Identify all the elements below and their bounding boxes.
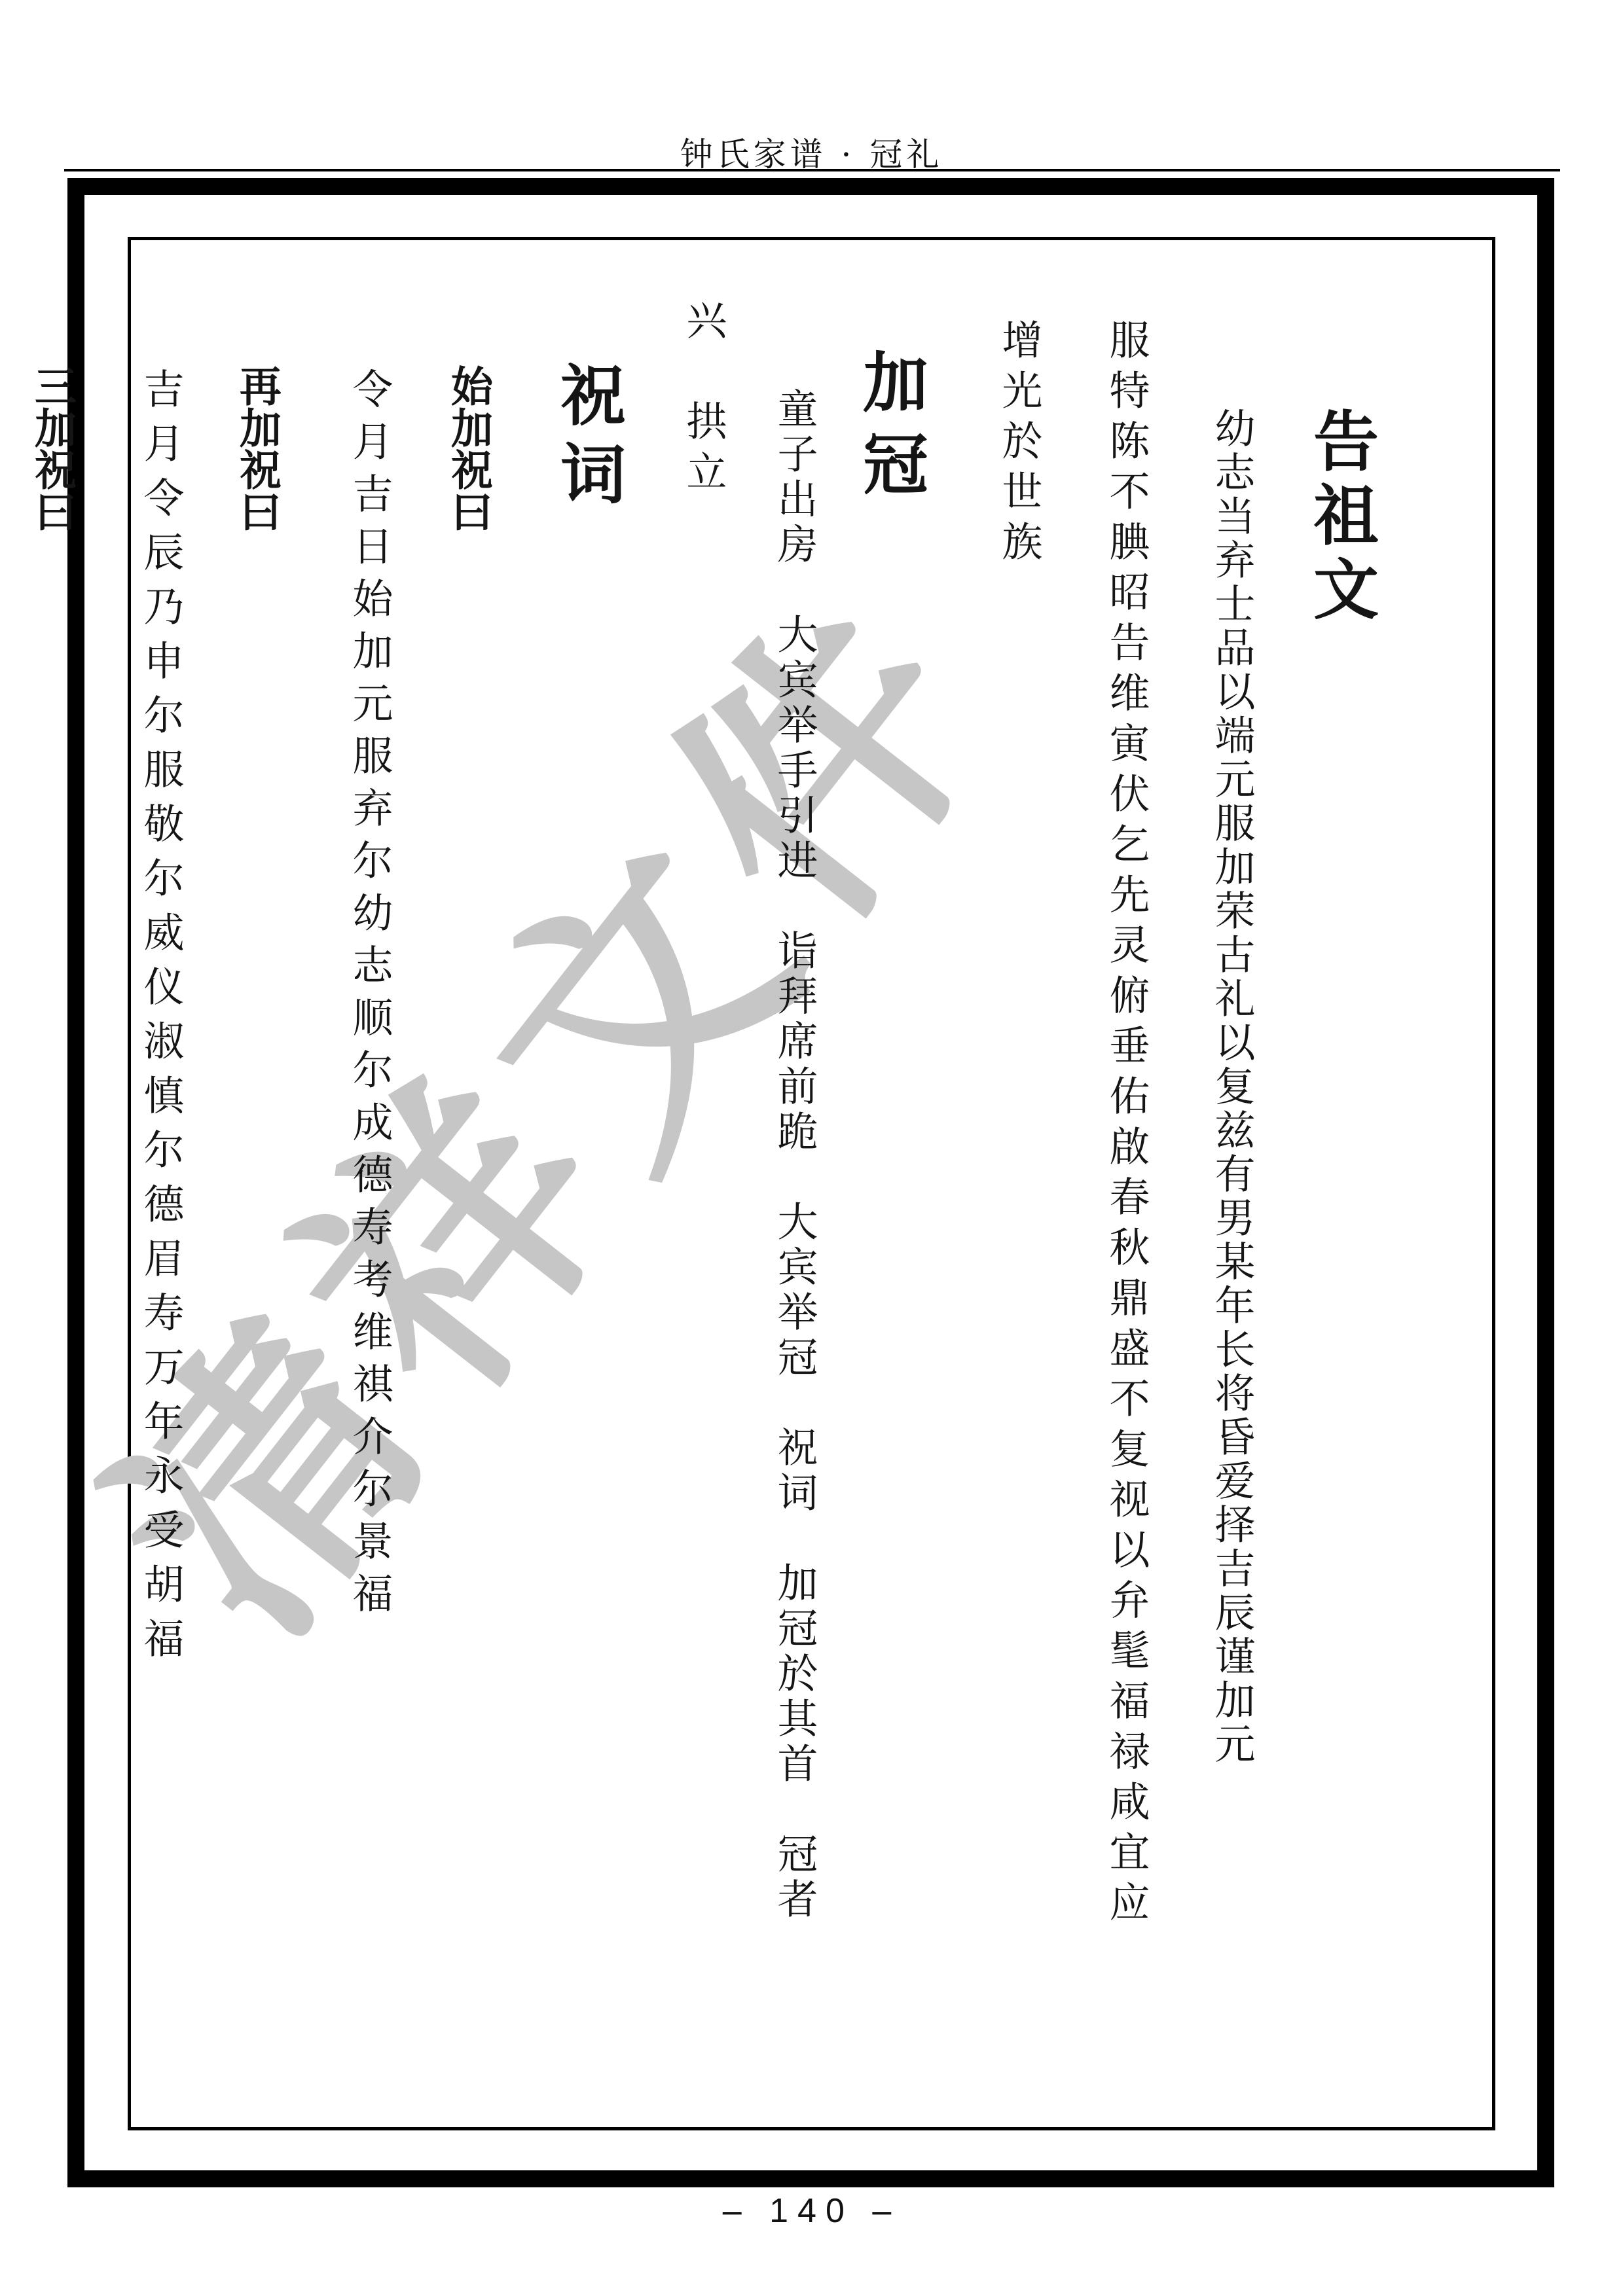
text-column: 幼志当弃士品以端元服加荣古礼以复兹有男某年长将昏爱择吉辰谨加元 — [1203, 243, 1261, 2122]
sub-heading-third-capping: 三加祝曰 — [22, 243, 82, 2122]
page-number: – 140 – — [0, 2191, 1623, 2231]
text-column: 服特陈不腆昭告维寅伏乞先灵俯垂佑啟春秋鼎盛不复视以弁髦福禄咸宜应 — [1097, 243, 1156, 2122]
text-column: 增光於世族 — [990, 243, 1048, 2122]
text-column: 吉月令辰乃申尔服敬尔威仪淑慎尔德眉寿万年永受胡福 — [132, 243, 190, 2122]
text-column: 兴 拱立 — [674, 243, 733, 2122]
text-column: 童子出房 大宾举手引进 诣拜席前跪 大宾举冠 祝词 加冠於其首 冠者 — [765, 243, 824, 2122]
document-body: 告祖文 幼志当弃士品以端元服加荣古礼以复兹有男某年长将昏爱择吉辰谨加元 服特陈不… — [137, 243, 1486, 2122]
header-rule — [64, 169, 1560, 171]
genealogy-page: { "header": { "title": "钟氏家谱 · 冠礼" }, "f… — [0, 0, 1623, 2296]
text-column: 令月吉日始加元服弃尔幼志顺尔成德寿考维祺介尔景福 — [340, 243, 399, 2122]
sub-heading-second-capping: 再加祝曰 — [227, 243, 287, 2122]
section-heading-gaozuwen: 告祖文 — [1294, 243, 1388, 2122]
sub-heading-first-capping: 始加祝曰 — [438, 243, 498, 2122]
section-heading-jiaguan: 加冠 — [843, 243, 938, 2122]
section-heading-zhuci: 祝词 — [541, 243, 635, 2122]
